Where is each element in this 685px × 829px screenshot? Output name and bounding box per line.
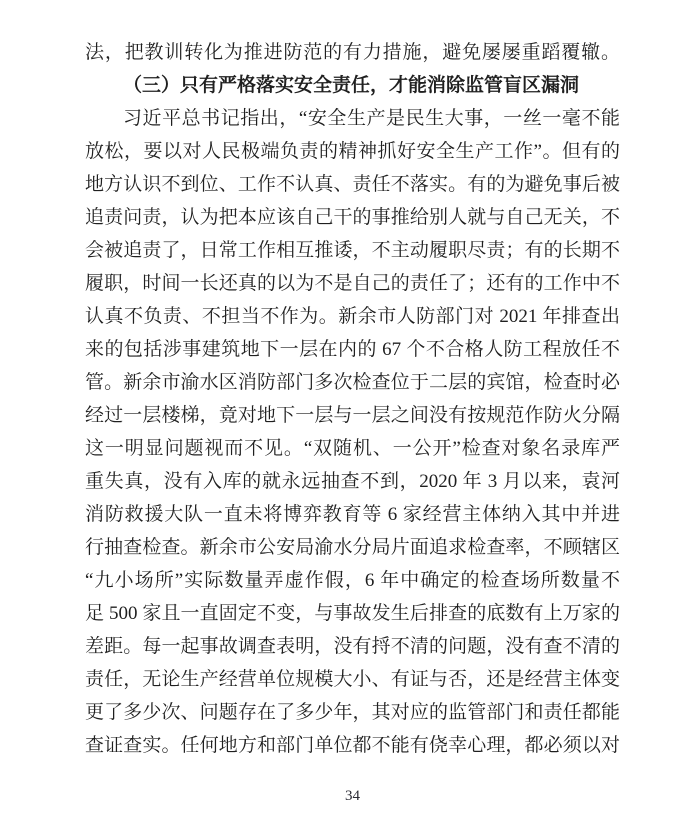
document-text-block: 法，把教训转化为推进防范的有力措施，避免屡屡重蹈覆辙。 （三）只有严格落实安全责… [85, 36, 620, 762]
body-line: 查证查实。任何地方和部门单位都不能有侥幸心理，都必须以对 [85, 729, 620, 762]
body-line: 习近平总书记指出，“安全生产是民生大事，一丝一毫不能 [85, 102, 620, 135]
body-line: 行抽查检查。新余市公安局渝水分局片面追求检查率，不顾辖区 [85, 531, 620, 564]
page-number: 34 [85, 786, 620, 806]
body-line: 责任，无论生产经营单位规模大小、有证与否，还是经营主体变 [85, 663, 620, 696]
body-line: 差距。每一起事故调查表明，没有捋不清的问题，没有查不清的 [85, 630, 620, 663]
body-line: 这一明显问题视而不见。“双随机、一公开”检查对象名录库严 [85, 432, 620, 465]
body-line: 足 500 家且一直固定不变，与事故发生后排查的底数有上万家的 [85, 597, 620, 630]
body-line: 管。新余市渝水区消防部门多次检查位于二层的宾馆，检查时必 [85, 366, 620, 399]
body-line: 来的包括涉事建筑地下一层在内的 67 个不合格人防工程放任不 [85, 333, 620, 366]
body-line: 经过一层楼梯，竟对地下一层与一层之间没有按规范作防火分隔 [85, 399, 620, 432]
body-line: 地方认识不到位、工作不认真、责任不落实。有的为避免事后被 [85, 168, 620, 201]
body-line: “九小场所”实际数量弄虚作假，6 年中确定的检查场所数量不 [85, 564, 620, 597]
body-line: 重失真，没有入库的就永远抽查不到，2020 年 3 月以来，袁河 [85, 465, 620, 498]
body-line: 更了多少次、问题存在了多少年，其对应的监管部门和责任都能 [85, 696, 620, 729]
body-line: 会被追责了，日常工作相互推诿，不主动履职尽责；有的长期不 [85, 234, 620, 267]
body-line: 追责问责，认为把本应该自己干的事推给别人就与自己无关，不 [85, 201, 620, 234]
body-line: 法，把教训转化为推进防范的有力措施，避免屡屡重蹈覆辙。 [85, 36, 620, 69]
body-line: 认真不负责、不担当不作为。新余市人防部门对 2021 年排查出 [85, 300, 620, 333]
section-heading: （三）只有严格落实安全责任，才能消除监管盲区漏洞 [85, 69, 620, 102]
body-line: 放松，要以对人民极端负责的精神抓好安全生产工作”。但有的 [85, 135, 620, 168]
document-page: 法，把教训转化为推进防范的有力措施，避免屡屡重蹈覆辙。 （三）只有严格落实安全责… [0, 0, 685, 829]
body-line: 消防救援大队一直未将博弈教育等 6 家经营主体纳入其中并进 [85, 498, 620, 531]
body-line: 履职，时间一长还真的以为不是自己的责任了；还有的工作中不 [85, 267, 620, 300]
